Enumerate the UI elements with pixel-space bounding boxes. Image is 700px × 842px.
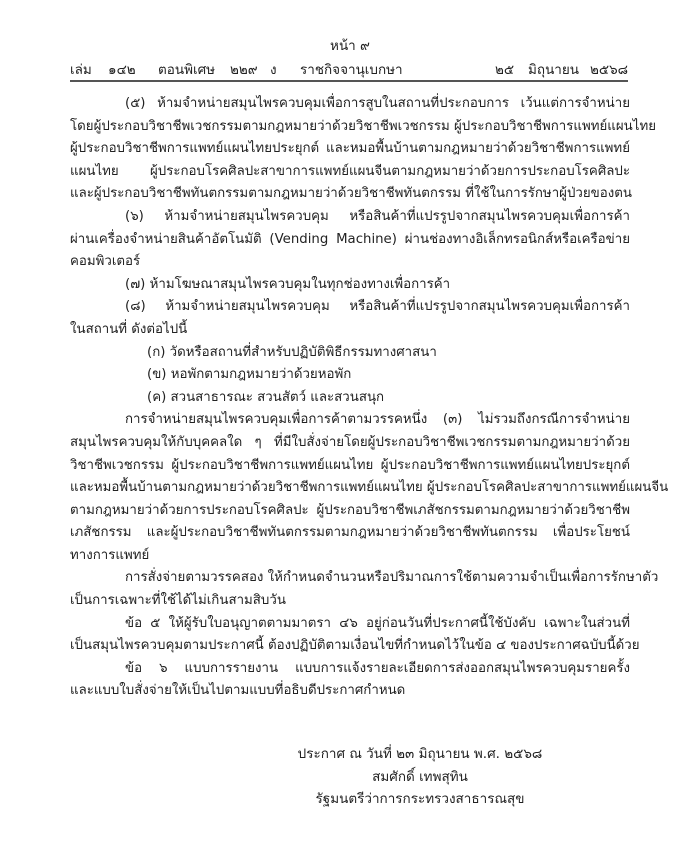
header-day: ๒๕ — [495, 58, 514, 80]
header-month: มิถุนายน — [528, 58, 579, 80]
text-line: และหมอพื้นบ้านตามกฎหมายว่าด้วยวิชาชีพการ… — [70, 477, 630, 500]
section-label: ตอนพิเศษ — [158, 58, 215, 80]
section-number: ๒๒๙ — [230, 58, 258, 80]
text-line: เป็นการเฉพาะที่ใช้ได้ไม่เกินสามสิบวัน — [70, 590, 630, 613]
signatory-name: สมศักดิ์ เทพสุทิน — [270, 766, 570, 789]
text-line: ข้อ ๕ ให้ผู้รับใบอนุญาตตามมาตรา ๔๖ อยู่ก… — [70, 613, 630, 636]
document-body: (๕) ห้ามจำหน่ายสมุนไพรควบคุมเพื่อการสูบใ… — [70, 93, 630, 703]
section-letter: ง — [270, 58, 277, 80]
text-line: (๕) ห้ามจำหน่ายสมุนไพรควบคุมเพื่อการสูบใ… — [70, 93, 630, 116]
header-year: ๒๕๖๘ — [590, 58, 628, 80]
text-line: แผนไทย ผู้ประกอบโรคศิลปะสาขาการแพทย์แผนจ… — [70, 161, 630, 184]
gazette-page: หน้า ๙ เล่ม ๑๔๒ ตอนพิเศษ ๒๒๙ ง ราชกิจจาน… — [0, 0, 700, 842]
text-line: สมุนไพรควบคุมให้กับบุคคลใด ๆ ที่มีใบสั่ง… — [70, 432, 630, 455]
text-line: การจำหน่ายสมุนไพรควบคุมเพื่อการค้าตามวรร… — [70, 409, 630, 432]
text-line: ทางการแพทย์ — [70, 545, 630, 568]
text-line: โดยผู้ประกอบวิชาชีพเวชกรรมตามกฎหมายว่าด้… — [70, 116, 630, 139]
page-number: หน้า ๙ — [0, 34, 700, 56]
text-line: (๘) ห้ามจำหน่ายสมุนไพรควบคุม หรือสินค้าท… — [70, 296, 630, 319]
header-divider — [70, 80, 628, 82]
text-line: การสั่งจ่ายตามวรรคสอง ให้กำหนดจำนวนหรือป… — [70, 567, 630, 590]
text-line: (ข) หอพักตามกฎหมายว่าด้วยหอพัก — [70, 364, 630, 387]
gazette-header: เล่ม ๑๔๒ ตอนพิเศษ ๒๒๙ ง ราชกิจจานุเบกษา … — [70, 58, 628, 78]
text-line: เภสัชกรรม และผู้ประกอบวิชาชีพทันตกรรมตาม… — [70, 522, 630, 545]
text-line: เป็นสมุนไพรควบคุมตามประกาศนี้ ต้องปฏิบัต… — [70, 635, 630, 658]
text-line: ผู้ประกอบวิชาชีพการแพทย์แผนไทยประยุกต์ แ… — [70, 138, 630, 161]
text-line: คอมพิวเตอร์ — [70, 251, 630, 274]
text-line: ผ่านเครื่องจำหน่ายสินค้าอัตโนมัติ (Vendi… — [70, 229, 630, 252]
signature-block: ประกาศ ณ วันที่ ๒๓ มิถุนายน พ.ศ. ๒๕๖๘ สม… — [270, 743, 570, 811]
text-line: วิชาชีพเวชกรรม ผู้ประกอบวิชาชีพการแพทย์แ… — [70, 455, 630, 478]
signatory-title: รัฐมนตรีว่าการกระทรวงสาธารณสุข — [270, 788, 570, 811]
text-line: ในสถานที่ ดังต่อไปนี้ — [70, 319, 630, 342]
volume-number: ๑๔๒ — [108, 58, 136, 80]
publication-name: ราชกิจจานุเบกษา — [300, 58, 403, 80]
text-line: ข้อ ๖ แบบการรายงาน แบบการแจ้งรายละเอียดก… — [70, 658, 630, 681]
text-line: ตามกฎหมายว่าด้วยการประกอบโรคศิลปะ ผู้ประ… — [70, 500, 630, 523]
text-line: และแบบใบสั่งจ่ายให้เป็นไปตามแบบที่อธิบดี… — [70, 680, 630, 703]
volume-label: เล่ม — [70, 58, 92, 80]
text-line: (๗) ห้ามโฆษณาสมุนไพรควบคุมในทุกช่องทางเพ… — [70, 274, 630, 297]
announcement-date: ประกาศ ณ วันที่ ๒๓ มิถุนายน พ.ศ. ๒๕๖๘ — [270, 743, 570, 766]
text-line: (ก) วัดหรือสถานที่สำหรับปฏิบัติพิธีกรรมท… — [70, 342, 630, 365]
text-line: (ค) สวนสาธารณะ สวนสัตว์ และสวนสนุก — [70, 387, 630, 410]
text-line: และผู้ประกอบวิชาชีพทันตกรรมตามกฎหมายว่าด… — [70, 183, 630, 206]
text-line: (๖) ห้ามจำหน่ายสมุนไพรควบคุม หรือสินค้าท… — [70, 206, 630, 229]
